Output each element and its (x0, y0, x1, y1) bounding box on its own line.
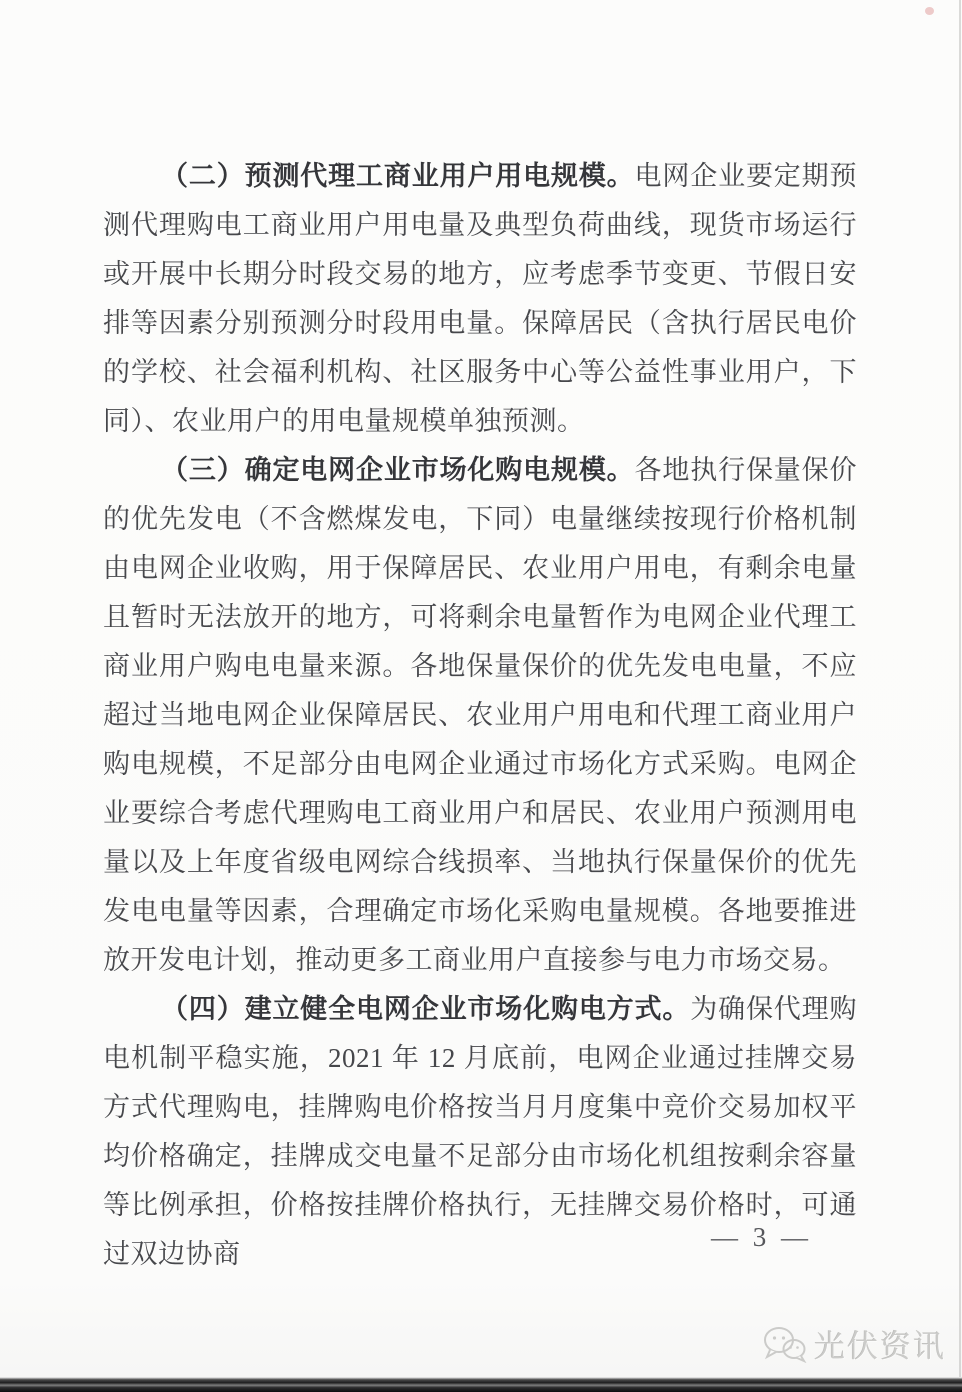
paragraph-3-body: 各地执行保量保价的优先发电（不含燃煤发电，下同）电量继续按现行价格机制由电网企业… (103, 455, 857, 975)
bottom-border-bar (0, 1377, 962, 1392)
watermark: 光伏资讯 (762, 1321, 946, 1366)
watermark-label: 光伏资讯 (814, 1321, 946, 1366)
wechat-logo-icon (762, 1325, 808, 1363)
document-body: （二）预测代理工商业用户用电规模。电网企业要定期预测代理购电工商业用户用电量及典… (103, 152, 857, 1279)
page-number: — 3 — (711, 1222, 812, 1253)
paragraph-2-heading: （二）预测代理工商业用户用电规模。 (161, 161, 635, 191)
paragraph-2: （二）预测代理工商业用户用电规模。电网企业要定期预测代理购电工商业用户用电量及典… (103, 152, 857, 446)
paragraph-2-body: 电网企业要定期预测代理购电工商业用户用电量及典型负荷曲线，现货市场运行或开展中长… (103, 161, 857, 436)
paragraph-4-heading: （四）建立健全电网企业市场化购电方式。 (161, 994, 690, 1024)
document-page: （二）预测代理工商业用户用电规模。电网企业要定期预测代理购电工商业用户用电量及典… (0, 0, 962, 1392)
paragraph-3: （三）确定电网企业市场化购电规模。各地执行保量保价的优先发电（不含燃煤发电，下同… (103, 446, 857, 985)
paragraph-3-heading: （三）确定电网企业市场化购电规模。 (161, 455, 635, 485)
scan-artifact-dot (925, 7, 934, 15)
page-edge-line (959, 0, 961, 1392)
